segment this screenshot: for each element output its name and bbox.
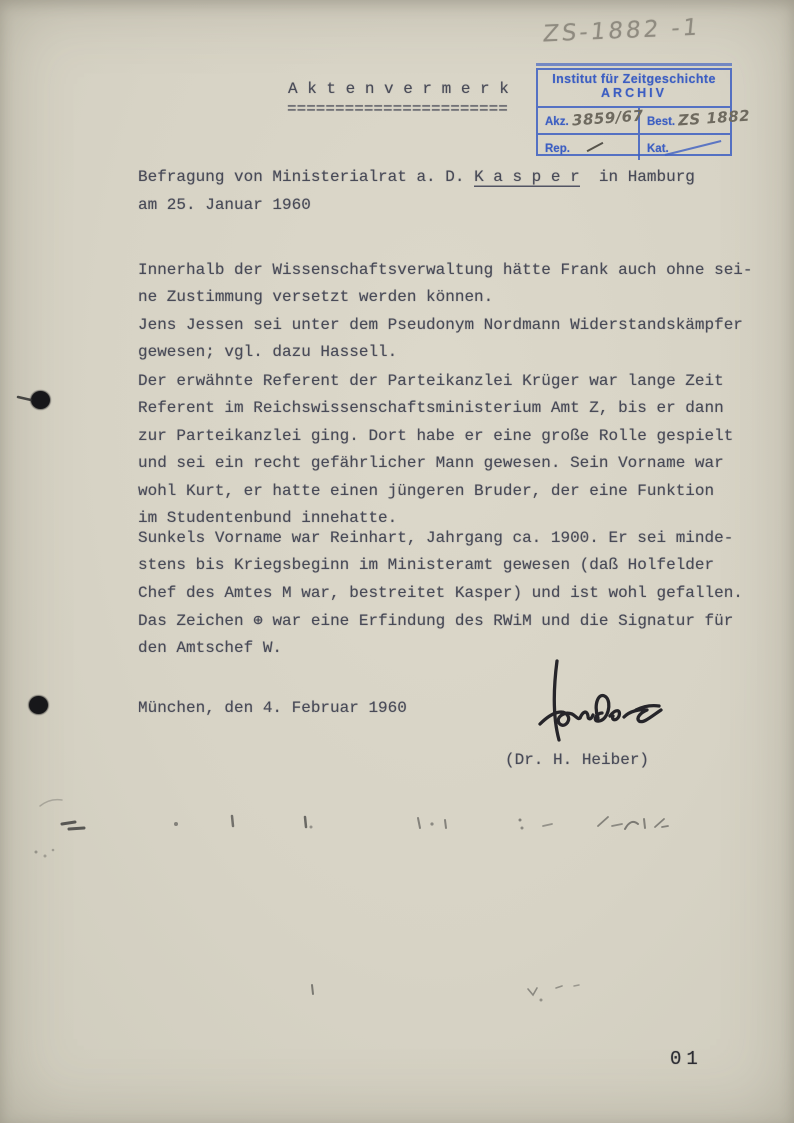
document-title: A k t e n v e r m e r k (288, 80, 509, 98)
handwritten-archive-ref: ZS-1882 -1 (542, 14, 702, 47)
text-line: Das Zeichen ⊕ war eine Erfindung des RWi… (138, 608, 733, 635)
handwritten-signature (535, 654, 670, 752)
ink-dot-lower (29, 696, 48, 714)
stamp-archiv-label: ARCHIV (538, 86, 730, 100)
stamp-cell-best: Best. ZS 1882 (640, 108, 730, 133)
text-line: Der erwähnte Referent der Parteikanzlei … (138, 368, 733, 395)
rep-label: Rep. (545, 143, 570, 155)
stamp-header: Institut für Zeitgeschichte ARCHIV (538, 70, 730, 108)
best-handwritten-value: ZS 1882 (677, 107, 750, 130)
akz-handwritten-value: 3859/67 (571, 107, 644, 130)
paragraph-4: Sunkels Vorname war Reinhart, Jahrgang c… (138, 525, 743, 607)
text-line: Innerhalb der Wissenschaftsverwaltung hä… (138, 257, 753, 284)
subject-pre: Befragung von Ministerialrat a. D. (138, 168, 474, 186)
best-label: Best. (647, 116, 675, 128)
rep-pencil-tick (587, 142, 604, 152)
akz-label: Akz. (545, 116, 569, 128)
paragraph-2: Jens Jessen sei unter dem Pseudonym Nord… (138, 312, 743, 367)
paragraph-1: Innerhalb der Wissenschaftsverwaltung hä… (138, 257, 753, 312)
text-line: gewesen; vgl. dazu Hassell. (138, 339, 743, 366)
text-line: wohl Kurt, er hatte einen jüngeren Brude… (138, 478, 733, 505)
subject-name-underlined: K a s p e r (474, 168, 580, 188)
text-line: stens bis Kriegsbeginn im Ministeramt ge… (138, 552, 743, 579)
date-line: München, den 4. Februar 1960 (138, 699, 407, 717)
text-line: ne Zustimmung versetzt werden können. (138, 284, 753, 311)
text-line: Sunkels Vorname war Reinhart, Jahrgang c… (138, 525, 743, 552)
stamp-cell-kat: Kat. (640, 135, 730, 160)
text-line: und sei ein recht gefährlicher Mann gewe… (138, 450, 733, 477)
paragraph-3: Der erwähnte Referent der Parteikanzlei … (138, 368, 733, 532)
kat-pen-slash (665, 140, 722, 156)
stamp-row-rep-kat: Rep. Kat. (538, 135, 730, 160)
document-page: ZS-1882 -1 A k t e n v e r m e r k =====… (0, 0, 794, 1123)
text-line: Chef des Amtes M war, bestreitet Kasper)… (138, 580, 743, 607)
archive-stamp: Institut für Zeitgeschichte ARCHIV Akz. … (536, 68, 732, 156)
stamp-row-akz-best: Akz. 3859/67 Best. ZS 1882 (538, 108, 730, 135)
stamp-institute-name: Institut für Zeitgeschichte (538, 72, 730, 86)
stamp-cell-rep: Rep. (538, 135, 640, 160)
ink-dot-upper (31, 391, 50, 409)
text-line: zur Parteikanzlei ging. Dort habe er ein… (138, 423, 733, 450)
document-subject-line1: Befragung von Ministerialrat a. D. K a s… (138, 163, 695, 191)
title-underline: ======================= (287, 100, 508, 118)
document-subject-line2: am 25. Januar 1960 (138, 191, 311, 219)
text-line: Jens Jessen sei unter dem Pseudonym Nord… (138, 312, 743, 339)
subject-post: in Hamburg (580, 168, 695, 186)
page-number: 01 (670, 1048, 703, 1070)
stamp-cell-akz: Akz. 3859/67 (538, 108, 640, 133)
signature-printed-name: (Dr. H. Heiber) (505, 751, 649, 769)
text-line: Referent im Reichswissenschaftsministeri… (138, 395, 733, 422)
